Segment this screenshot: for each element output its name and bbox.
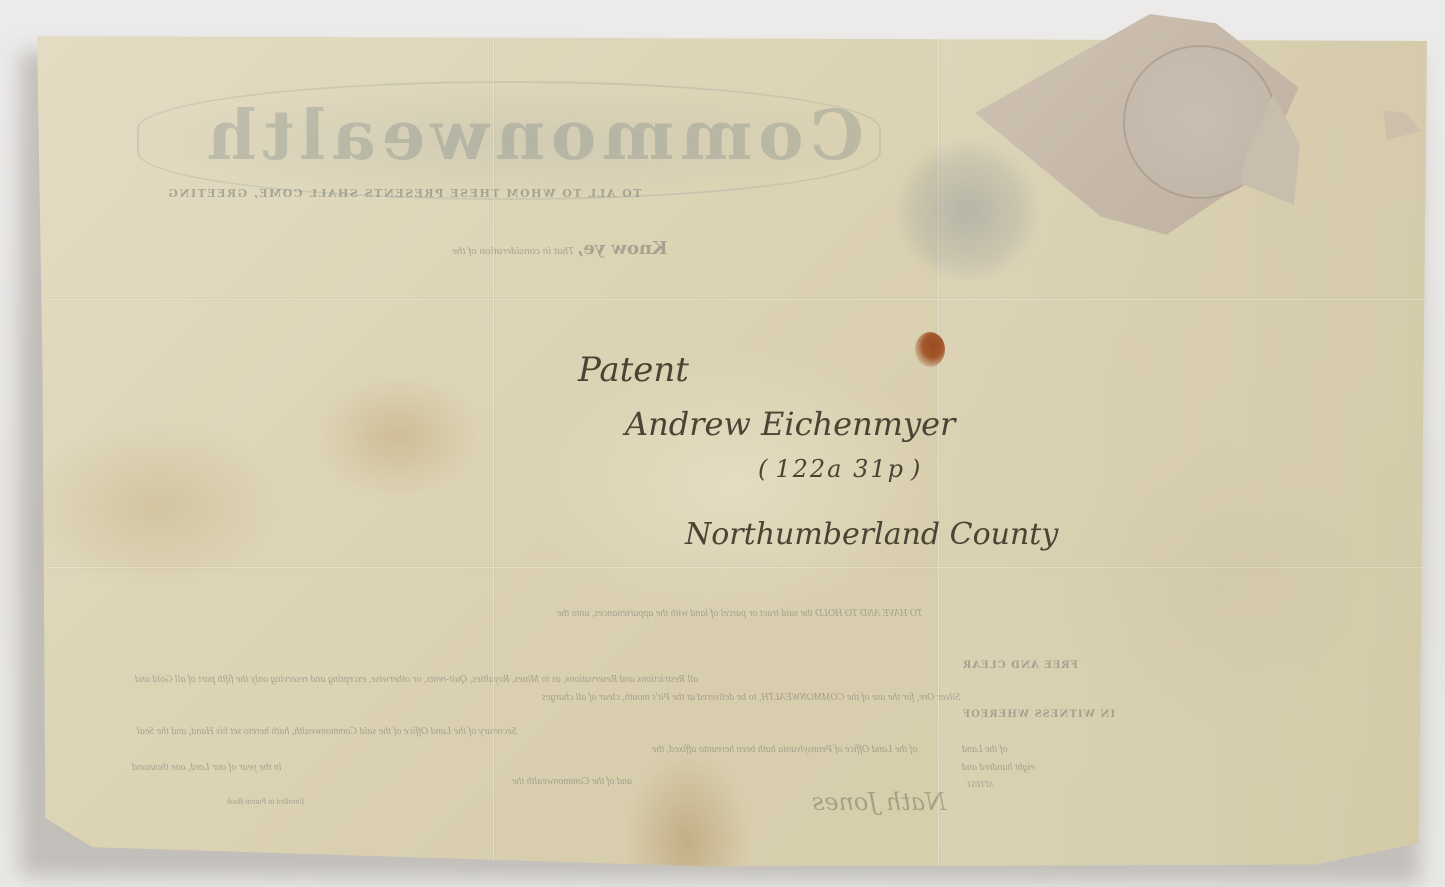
silver-ore-line: Silver Ore, for the use of the COMMONWEA… bbox=[542, 692, 960, 703]
in-witness-line: IN WITNESS WHEREOF bbox=[962, 709, 1115, 720]
greeting-line: TO ALL TO WHOM THESE PRESENTS SHALL COME… bbox=[167, 187, 641, 200]
stamp-bleed-through bbox=[897, 141, 1037, 281]
crease-upper bbox=[37, 298, 1427, 301]
endorsement-county: Northumberland County bbox=[685, 517, 1058, 552]
commonwealth-line: and of the Commonwealth the bbox=[512, 776, 632, 787]
signature-bleed: Nath Jones bbox=[812, 788, 946, 816]
habendum-line: TO HAVE AND TO HOLD the said tract or pa… bbox=[557, 608, 923, 619]
endorsement-grantee: Andrew Eichenmyer bbox=[625, 405, 955, 443]
free-clear-line: FREE AND CLEAR bbox=[962, 660, 1078, 671]
know-ye-line: Know ye, That in consideration of the bbox=[452, 238, 668, 259]
fold-line-left bbox=[492, 36, 495, 868]
wax-stain bbox=[915, 332, 945, 367]
eight-hundred-line: eight hundred and bbox=[962, 762, 1035, 773]
endorsement-title: Patent bbox=[578, 350, 689, 390]
of-the-land-line: of the Land bbox=[962, 744, 1008, 755]
secretary-line: Secretary of the Land Office of the said… bbox=[137, 726, 517, 737]
land-office-line: of the Land Office of Pennsylvania hath … bbox=[652, 744, 917, 755]
endorsement-acreage: 122a 31p bbox=[758, 455, 922, 483]
year-line: in the year of our Lord, one thousand bbox=[132, 762, 282, 773]
banner-title: Commonwealth bbox=[187, 96, 877, 176]
enrolled-line: Enrolled in Patent Book bbox=[227, 797, 304, 806]
reservations-line: all Restrictions and Reservations, as to… bbox=[135, 674, 698, 685]
crease-lower bbox=[37, 566, 1427, 569]
attest-line: ATTEST bbox=[967, 780, 994, 789]
